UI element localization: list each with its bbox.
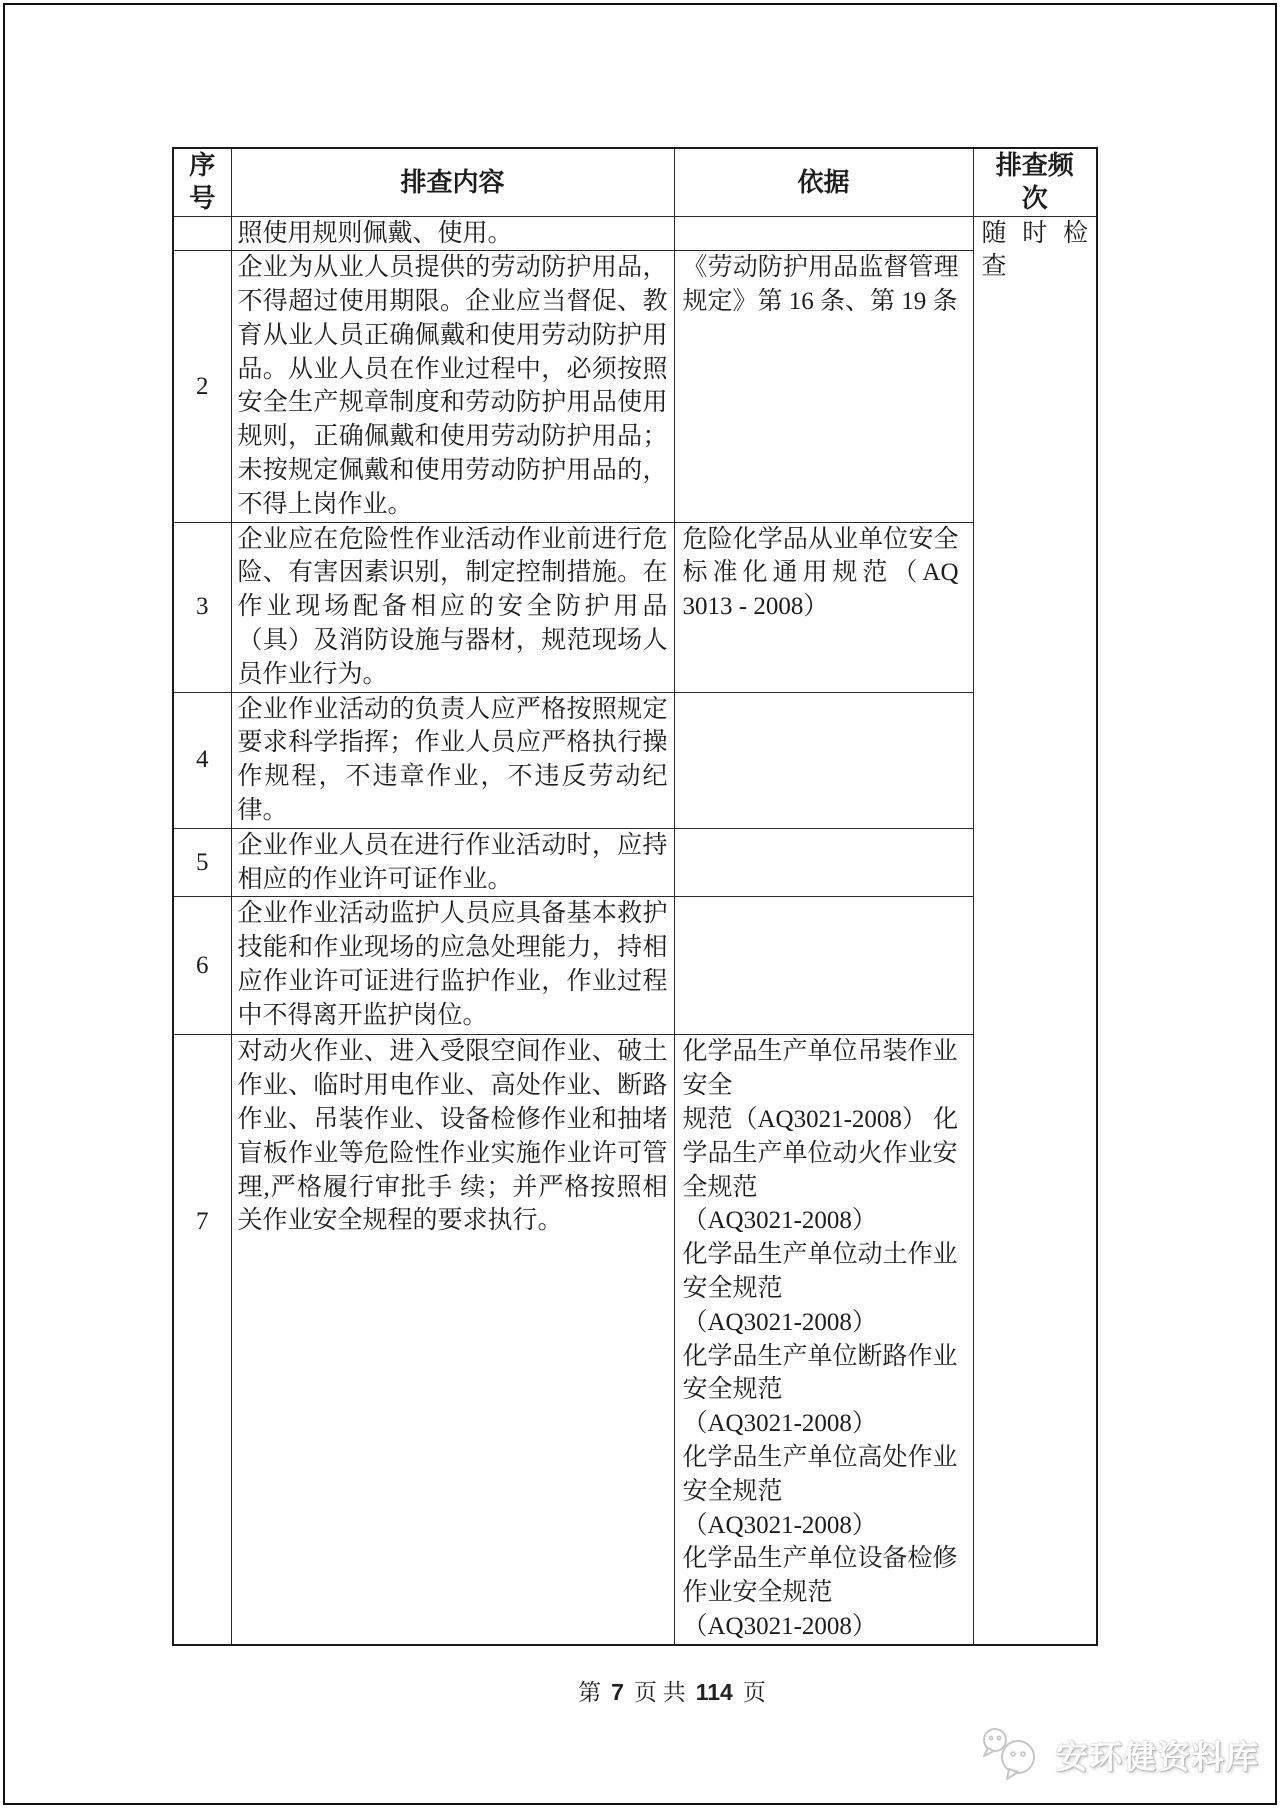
chat-bubbles-icon bbox=[978, 1726, 1044, 1784]
content-cell: 企业作业人员在进行作业活动时，应持相应的作业许可证作业。 bbox=[231, 828, 674, 897]
header-content: 排查内容 bbox=[231, 148, 674, 216]
footer-label: 页 共 bbox=[634, 1680, 686, 1705]
page-footer: 第7页 共114页 bbox=[64, 1674, 1280, 1707]
table-row: 3 企业应在危险性作业活动作业前进行危险、有害因素识别，制定控制措施。在作业现场… bbox=[173, 522, 1097, 692]
content-cell: 企业应在危险性作业活动作业前进行危险、有害因素识别，制定控制措施。在作业现场配备… bbox=[231, 522, 674, 692]
footer-page-number: 7 bbox=[611, 1679, 624, 1705]
frequency-cell: 随 时 检 查 bbox=[973, 216, 1097, 1645]
table-row: 6 企业作业活动监护人员应具备基本救护技能和作业现场的应急处理能力，持相应作业许… bbox=[173, 897, 1097, 1035]
table-row: 2 企业为从业人员提供的劳动防护用品，不得超过使用期限。企业应当督促、教育从业人… bbox=[173, 251, 1097, 522]
footer-label: 页 bbox=[743, 1680, 766, 1705]
seq-cell: 5 bbox=[173, 828, 231, 897]
table-row: 4 企业作业活动的负责人应严格按照规定要求科学指挥；作业人员应严格执行操作规程，… bbox=[173, 692, 1097, 828]
seq-cell: 2 bbox=[173, 251, 231, 522]
basis-cell: 危险化学品从业单位安全标准化通用规范（AQ 3013 - 2008） bbox=[674, 522, 973, 692]
header-frequency: 排查频 次 bbox=[973, 148, 1097, 216]
basis-cell bbox=[674, 828, 973, 897]
table-header-row: 序 号 排查内容 依据 排查频 次 bbox=[173, 148, 1097, 216]
basis-cell bbox=[674, 216, 973, 251]
header-seq: 序 号 bbox=[173, 148, 231, 216]
basis-cell: 化学品生产单位吊装作业安全 规范（AQ3021-2008） 化学品生产单位动火作… bbox=[674, 1035, 973, 1645]
table-row: 7 对动火作业、进入受限空间作业、破土作业、临时用电作业、高处作业、断路作业、吊… bbox=[173, 1035, 1097, 1645]
table-row: 照使用规则佩戴、使用。 随 时 检 查 bbox=[173, 216, 1097, 251]
content-cell: 企业作业活动的负责人应严格按照规定要求科学指挥；作业人员应严格执行操作规程，不违… bbox=[231, 692, 674, 828]
seq-cell: 7 bbox=[173, 1035, 231, 1645]
seq-cell: 6 bbox=[173, 897, 231, 1035]
table-row: 5 企业作业人员在进行作业活动时，应持相应的作业许可证作业。 bbox=[173, 828, 1097, 897]
basis-cell bbox=[674, 897, 973, 1035]
content-cell: 企业为从业人员提供的劳动防护用品，不得超过使用期限。企业应当督促、教育从业人员正… bbox=[231, 251, 674, 522]
footer-total-pages: 114 bbox=[696, 1679, 733, 1705]
content-cell: 企业作业活动监护人员应具备基本救护技能和作业现场的应急处理能力，持相应作业许可证… bbox=[231, 897, 674, 1035]
inspection-checklist-table: 序 号 排查内容 依据 排查频 次 照使用规则佩戴、使用。 随 时 检 查 2 … bbox=[172, 147, 1098, 1646]
watermark: 安环健资料库 bbox=[978, 1726, 1260, 1784]
seq-cell: 4 bbox=[173, 692, 231, 828]
watermark-text: 安环健资料库 bbox=[1056, 1732, 1260, 1778]
basis-cell: 《劳动防护用品监督管理规定》第 16 条、第 19 条 bbox=[674, 251, 973, 522]
seq-cell: 3 bbox=[173, 522, 231, 692]
footer-label: 第 bbox=[578, 1680, 601, 1705]
header-basis: 依据 bbox=[674, 148, 973, 216]
seq-cell bbox=[173, 216, 231, 251]
content-cell: 对动火作业、进入受限空间作业、破土作业、临时用电作业、高处作业、断路作业、吊装作… bbox=[231, 1035, 674, 1645]
basis-cell bbox=[674, 692, 973, 828]
content-cell: 照使用规则佩戴、使用。 bbox=[231, 216, 674, 251]
